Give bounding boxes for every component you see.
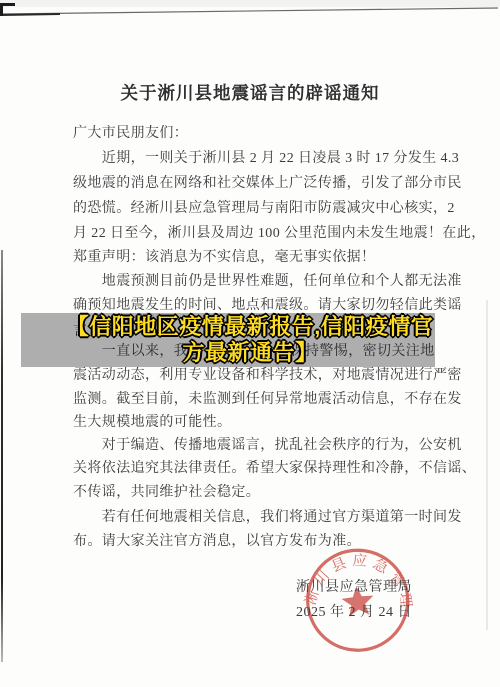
document-line-7: 确预知地震发生的时间、地点和震级。请大家切勿轻信此类谣 (73, 298, 438, 314)
document-line-14: 关将依法追究其法律责任。希望大家保持理性和冷静，不信谣、 (73, 461, 438, 477)
paper-top-edge-line (0, 5, 500, 19)
notice-title: 关于淅川县地震谣言的辟谣通知 (0, 80, 500, 105)
overlay-caption-line2: 方最新通告】 (0, 340, 500, 366)
document-line-15: 不传谣，共同维护社会稳定。 (73, 485, 438, 501)
signature-date: 2025 年 2 月 24 日 (296, 601, 412, 621)
document-line-3: 的恐慌。经淅川县应急管理局与南阳市防震减灾中心核实，2 (73, 201, 438, 217)
document-line-12: 生大规模地震的可能性。 (73, 415, 438, 431)
scanned-notice-page: 关于淅川县地震谣言的辟谣通知 广大市民朋友们： 近期，一则关于淅川县 2 月 2… (0, 0, 500, 687)
overlay-caption-text: 【信阳地区疫情最新报告,信阳疫情官 方最新通告】 (0, 314, 500, 366)
document-line-1: 近期，一则关于淅川县 2 月 22 日凌晨 3 时 17 分发生 4.3 (73, 151, 438, 167)
document-line-4: 月 22 日至今，淅川县及周边 100 公里范围内未发生地震！在此， (73, 226, 438, 242)
signature-agency: 淅川县应急管理局 (296, 576, 412, 596)
document-line-10: 震活动动态，利用专业设备和科学技术，对地震情况进行严密 (73, 368, 438, 384)
document-line-16: 若有任何地震相关信息，我们将通过官方渠道第一时间发 (73, 510, 438, 526)
document-line-6: 地震预测目前仍是世界性难题，任何单位和个人都无法准 (73, 274, 438, 290)
document-line-11: 监测。截至目前，未监测到任何异常地震活动信息，不存在发 (73, 392, 438, 408)
document-line-5: 郑重声明：该消息为不实信息，毫无事实依据！ (73, 250, 438, 266)
document-line-13: 对于编造、传播地震谣言，扰乱社会秩序的行为，公安机 (73, 438, 438, 454)
paper-corner-mark (0, 3, 15, 16)
overlay-caption-line1: 【信阳地区疫情最新报告,信阳疫情官 (0, 314, 500, 340)
paper-left-edge-line (1, 250, 3, 662)
document-line-0: 广大市民朋友们： (73, 126, 438, 142)
document-line-2: 级地震的消息在网络和社交媒体上广泛传播，引发了部分市民 (73, 176, 438, 192)
